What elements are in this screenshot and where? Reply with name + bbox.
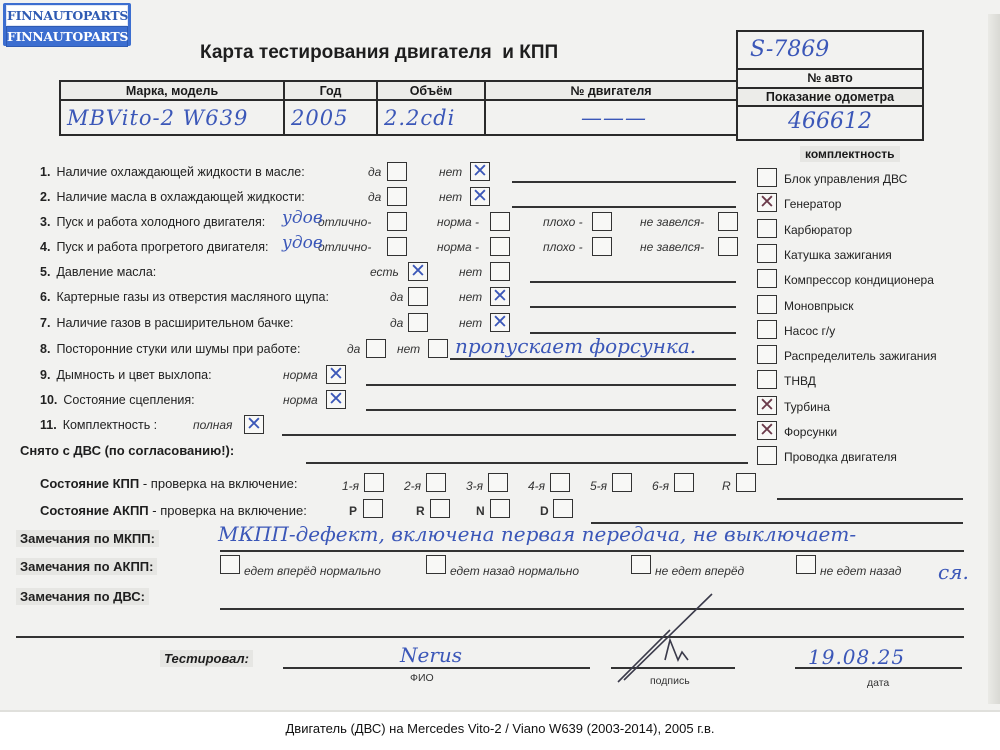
question-number: 1. <box>40 165 50 179</box>
akpp-gear-checkbox[interactable] <box>363 499 383 518</box>
kpp-notes-line[interactable] <box>777 498 963 500</box>
option-label: норма - <box>437 215 479 229</box>
option-label: да <box>390 290 403 304</box>
col-year: Год <box>284 81 377 100</box>
question-handnote[interactable]: пропускает форсунка. <box>455 334 696 358</box>
odometer-label: Показание одометра <box>738 89 922 107</box>
komplektnost-title: комплектность <box>800 146 900 162</box>
kpp-gear-label: 4-я <box>528 479 545 493</box>
option-checkbox-незавелся[interactable] <box>718 237 738 256</box>
option-label: отлично- <box>318 215 371 229</box>
check-mark-icon: ✕ <box>245 412 263 436</box>
question-number: 11. <box>40 418 57 432</box>
kpp-label: Состояние КПП - проверка на включение: <box>40 476 297 491</box>
question-number: 10. <box>40 393 57 407</box>
option-label: норма <box>283 368 318 382</box>
removed-from-engine-line[interactable] <box>306 462 748 464</box>
check-mark-icon: ✕ <box>491 284 509 308</box>
remarks-mkpp-line <box>220 550 964 552</box>
akpp-gear-label: N <box>476 504 485 518</box>
question-text: 6.Картерные газы из отверстия масляного … <box>40 290 329 304</box>
akpp-remark-checkbox[interactable] <box>426 555 446 574</box>
question-text: 7.Наличие газов в расширительном бачке: <box>40 316 294 330</box>
question-label: Картерные газы из отверстия масляного щу… <box>56 290 328 304</box>
option-label: плохо - <box>543 240 583 254</box>
akpp-remark-label: не едет назад <box>820 564 901 578</box>
remarks-mkpp-value[interactable]: МКПП-дефект, включена первая передача, н… <box>218 522 856 546</box>
check-mark-icon: ✕ <box>327 387 345 411</box>
option-checkbox-нет[interactable]: ✕ <box>490 287 510 306</box>
question-number: 7. <box>40 316 50 330</box>
komplektnost-item-label: Катушка зажигания <box>784 248 892 262</box>
option-checkbox-есть[interactable]: ✕ <box>408 262 428 281</box>
logo-line-1: FINNAUTOPARTS <box>6 5 128 26</box>
car-number-odometer-box: S-7869 № авто Показание одометра 466612 <box>736 30 924 141</box>
check-mark-icon: ✕ <box>471 159 489 183</box>
question-number: 4. <box>40 240 50 254</box>
akpp-remark-label: не едет вперёд <box>655 564 744 578</box>
col-make-model: Марка, модель <box>60 81 284 100</box>
option-checkbox-норма[interactable]: ✕ <box>326 365 346 384</box>
tested-by-name-line <box>283 667 590 669</box>
option-label: нет <box>459 316 482 330</box>
option-checkbox-плохо[interactable] <box>592 237 612 256</box>
paper-edge <box>988 14 1000 704</box>
kpp-label-bold: Состояние КПП <box>40 476 139 491</box>
kpp-gear-label: 6-я <box>652 479 669 493</box>
option-label: не завелся- <box>640 215 704 229</box>
option-checkbox-полная[interactable]: ✕ <box>244 415 264 434</box>
kpp-gear-checkbox[interactable] <box>488 473 508 492</box>
komplektnost-checkbox[interactable] <box>757 269 777 288</box>
kpp-label-rest: - проверка на включение: <box>139 476 297 491</box>
image-caption: Двигатель (ДВС) на Mercedes Vito-2 / Via… <box>0 721 1000 736</box>
check-mark-icon: ✕ <box>491 310 509 334</box>
question-text: 2.Наличие масла в охлаждающей жидкости: <box>40 190 305 204</box>
komplektnost-checkbox[interactable] <box>757 446 777 465</box>
logo-line-2: FINNAUTOPARTS <box>6 26 128 47</box>
remarks-mkpp-label: Замечания по МКПП: <box>16 530 159 547</box>
question-notes-line[interactable] <box>530 281 736 283</box>
question-label: Наличие охлаждающей жидкости в масле: <box>56 165 304 179</box>
car-number-value: S-7869 <box>738 32 922 70</box>
check-mark-icon: ✕ <box>758 393 776 417</box>
option-checkbox-нет[interactable] <box>428 339 448 358</box>
make-model-value: MBVito-2 W639 <box>60 100 284 135</box>
remarks-dvs-label: Замечания по ДВС: <box>16 588 149 605</box>
option-label: норма <box>283 393 318 407</box>
question-label: Посторонние стуки или шумы при работе: <box>56 342 300 356</box>
komplektnost-item-label: Турбина <box>784 400 830 414</box>
option-label: есть <box>370 265 399 279</box>
akpp-label-bold: Состояние АКПП <box>40 503 149 518</box>
option-label: да <box>368 165 381 179</box>
question-handnote: удов <box>282 208 323 228</box>
option-checkbox-да[interactable] <box>387 162 407 181</box>
question-text: 3.Пуск и работа холодного двигателя: <box>40 215 265 229</box>
question-label: Состояние сцепления: <box>63 393 194 407</box>
kpp-gear-label: 5-я <box>590 479 607 493</box>
option-checkbox-отлично[interactable] <box>387 212 407 231</box>
check-mark-icon: ✕ <box>471 184 489 208</box>
option-label: плохо - <box>543 215 583 229</box>
kpp-gear-label: R <box>722 479 731 493</box>
akpp-remark-label: едет вперёд нормально <box>244 564 381 578</box>
removed-from-engine-label: Снято с ДВС (по согласованию!): <box>20 443 234 458</box>
question-label: Комплектность : <box>63 418 157 432</box>
odometer-value: 466612 <box>738 107 922 139</box>
question-number: 8. <box>40 342 50 356</box>
akpp-gear-label: R <box>416 504 425 518</box>
question-label: Пуск и работа холодного двигателя: <box>56 215 265 229</box>
option-checkbox-норма[interactable]: ✕ <box>326 390 346 409</box>
option-label: отлично- <box>318 240 371 254</box>
remarks-akpp-label: Замечания по АКПП: <box>16 558 157 575</box>
question-label: Давление масла: <box>56 265 156 279</box>
car-number-label: № авто <box>738 70 922 89</box>
komplektnost-item-label: Карбюратор <box>784 223 852 237</box>
question-notes-line[interactable] <box>450 358 736 360</box>
option-checkbox-отлично[interactable] <box>387 237 407 256</box>
question-number: 2. <box>40 190 50 204</box>
akpp-remark-checkbox[interactable] <box>631 555 651 574</box>
option-label: да <box>390 316 403 330</box>
kpp-gear-checkbox[interactable] <box>612 473 632 492</box>
year-value: 2005 <box>284 100 377 135</box>
komplektnost-checkbox[interactable] <box>757 219 777 238</box>
finnautoparts-logo: FINNAUTOPARTS FINNAUTOPARTS <box>3 3 131 46</box>
option-label: не завелся- <box>640 240 704 254</box>
check-mark-icon: ✕ <box>327 362 345 386</box>
option-label: норма - <box>437 240 479 254</box>
option-checkbox-нет[interactable]: ✕ <box>470 162 490 181</box>
komplektnost-checkbox[interactable]: ✕ <box>757 193 777 212</box>
kpp-gear-label: 2-я <box>404 479 421 493</box>
option-checkbox-да[interactable] <box>408 287 428 306</box>
tested-by-name-value[interactable]: Nerus <box>400 643 462 667</box>
kpp-gear-label: 1-я <box>342 479 359 493</box>
komplektnost-checkbox[interactable] <box>757 168 777 187</box>
option-label: нет <box>459 290 482 304</box>
komplektnost-item-label: Компрессор кондиционера <box>784 273 934 287</box>
question-number: 9. <box>40 368 50 382</box>
option-checkbox-плохо[interactable] <box>592 212 612 231</box>
komplektnost-checkbox[interactable] <box>757 244 777 263</box>
question-text: 8.Посторонние стуки или шумы при работе: <box>40 342 300 356</box>
option-label: нет <box>397 342 420 356</box>
kpp-gear-checkbox[interactable] <box>674 473 694 492</box>
komplektnost-checkbox[interactable] <box>757 295 777 314</box>
remarks-dvs-line[interactable] <box>220 608 964 610</box>
akpp-gear-label: P <box>349 504 357 518</box>
question-notes-line[interactable] <box>512 206 736 208</box>
option-label: да <box>347 342 360 356</box>
komplektnost-item-label: Генератор <box>784 197 841 211</box>
komplektnost-checkbox[interactable] <box>757 370 777 389</box>
signature-caption: подпись <box>650 675 690 687</box>
tested-by-label: Тестировал: <box>160 650 253 667</box>
kpp-gear-checkbox[interactable] <box>550 473 570 492</box>
vehicle-info-table: Марка, модель Год Объём № двигателя MBVi… <box>59 80 738 136</box>
option-checkbox-да[interactable] <box>366 339 386 358</box>
option-checkbox-норма[interactable] <box>490 212 510 231</box>
akpp-remark-checkbox[interactable] <box>796 555 816 574</box>
name-caption: ФИО <box>410 672 434 684</box>
question-label: Наличие масла в охлаждающей жидкости: <box>56 190 304 204</box>
question-number: 6. <box>40 290 50 304</box>
option-checkbox-нет[interactable]: ✕ <box>490 313 510 332</box>
question-notes-line[interactable] <box>366 384 736 386</box>
akpp-gear-checkbox[interactable] <box>430 499 450 518</box>
kpp-gear-label: 3-я <box>466 479 483 493</box>
question-text: 11.Комплектность : <box>40 418 157 432</box>
check-mark-icon: ✕ <box>758 418 776 442</box>
option-checkbox-нет[interactable] <box>490 262 510 281</box>
akpp-gear-checkbox[interactable] <box>553 499 573 518</box>
komplektnost-item-label: Моновпрыск <box>784 299 854 313</box>
option-checkbox-да[interactable] <box>408 313 428 332</box>
page-title: Карта тестирования двигателя и КПП <box>200 42 558 64</box>
komplektnost-checkbox[interactable] <box>757 345 777 364</box>
akpp-gear-label: D <box>540 504 549 518</box>
komplektnost-item-label: ТНВД <box>784 374 816 388</box>
date-caption: дата <box>867 677 889 689</box>
question-label: Пуск и работа прогретого двигателя: <box>56 240 268 254</box>
date-value[interactable]: 19.08.25 <box>808 645 905 669</box>
question-notes-line[interactable] <box>282 434 736 436</box>
col-engine-number: № двигателя <box>485 81 737 100</box>
volume-value: 2.2cdi <box>377 100 485 135</box>
question-notes-line[interactable] <box>512 181 736 183</box>
komplektnost-item-label: Проводка двигателя <box>784 450 897 464</box>
komplektnost-item-label: Распределитель зажигания <box>784 349 937 363</box>
check-mark-icon: ✕ <box>758 190 776 214</box>
check-mark-icon: ✕ <box>409 259 427 283</box>
remarks-mkpp-value-cont: ся. <box>938 560 969 584</box>
option-label: нет <box>439 190 462 204</box>
question-notes-line[interactable] <box>366 409 736 411</box>
question-notes-line[interactable] <box>530 306 736 308</box>
option-label: нет <box>459 265 482 279</box>
komplektnost-item-label: Форсунки <box>784 425 837 439</box>
akpp-label: Состояние АКПП - проверка на включение: <box>40 503 307 518</box>
question-text: 9.Дымность и цвет выхлопа: <box>40 368 212 382</box>
question-text: 10.Состояние сцепления: <box>40 393 195 407</box>
komplektnost-checkbox[interactable]: ✕ <box>757 396 777 415</box>
option-label: нет <box>439 165 462 179</box>
option-checkbox-незавелся[interactable] <box>718 212 738 231</box>
engine-number-value: ——— <box>485 100 737 135</box>
question-number: 3. <box>40 215 50 229</box>
komplektnost-item-label: Блок управления ДВС <box>784 172 907 186</box>
akpp-label-rest: - проверка на включение: <box>149 503 307 518</box>
akpp-remark-label: едет назад нормально <box>450 564 579 578</box>
question-text: 1.Наличие охлаждающей жидкости в масле: <box>40 165 305 179</box>
komplektnost-checkbox[interactable]: ✕ <box>757 421 777 440</box>
option-checkbox-норма[interactable] <box>490 237 510 256</box>
kpp-gear-checkbox[interactable] <box>364 473 384 492</box>
remarks-dvs-line-2[interactable] <box>16 636 964 638</box>
option-label: да <box>368 190 381 204</box>
question-text: 5.Давление масла: <box>40 265 156 279</box>
question-label: Дымность и цвет выхлопа: <box>56 368 211 382</box>
kpp-gear-checkbox[interactable] <box>426 473 446 492</box>
col-volume: Объём <box>377 81 485 100</box>
akpp-gear-checkbox[interactable] <box>490 499 510 518</box>
option-checkbox-да[interactable] <box>387 187 407 206</box>
question-label: Наличие газов в расширительном бачке: <box>56 316 293 330</box>
question-handnote: удов <box>282 233 323 253</box>
option-checkbox-нет[interactable]: ✕ <box>470 187 490 206</box>
akpp-remark-checkbox[interactable] <box>220 555 240 574</box>
option-label: полная <box>193 418 232 432</box>
komplektnost-item-label: Насос г/у <box>784 324 835 338</box>
komplektnost-checkbox[interactable] <box>757 320 777 339</box>
question-text: 4.Пуск и работа прогретого двигателя: <box>40 240 268 254</box>
question-number: 5. <box>40 265 50 279</box>
kpp-gear-checkbox[interactable] <box>736 473 756 492</box>
